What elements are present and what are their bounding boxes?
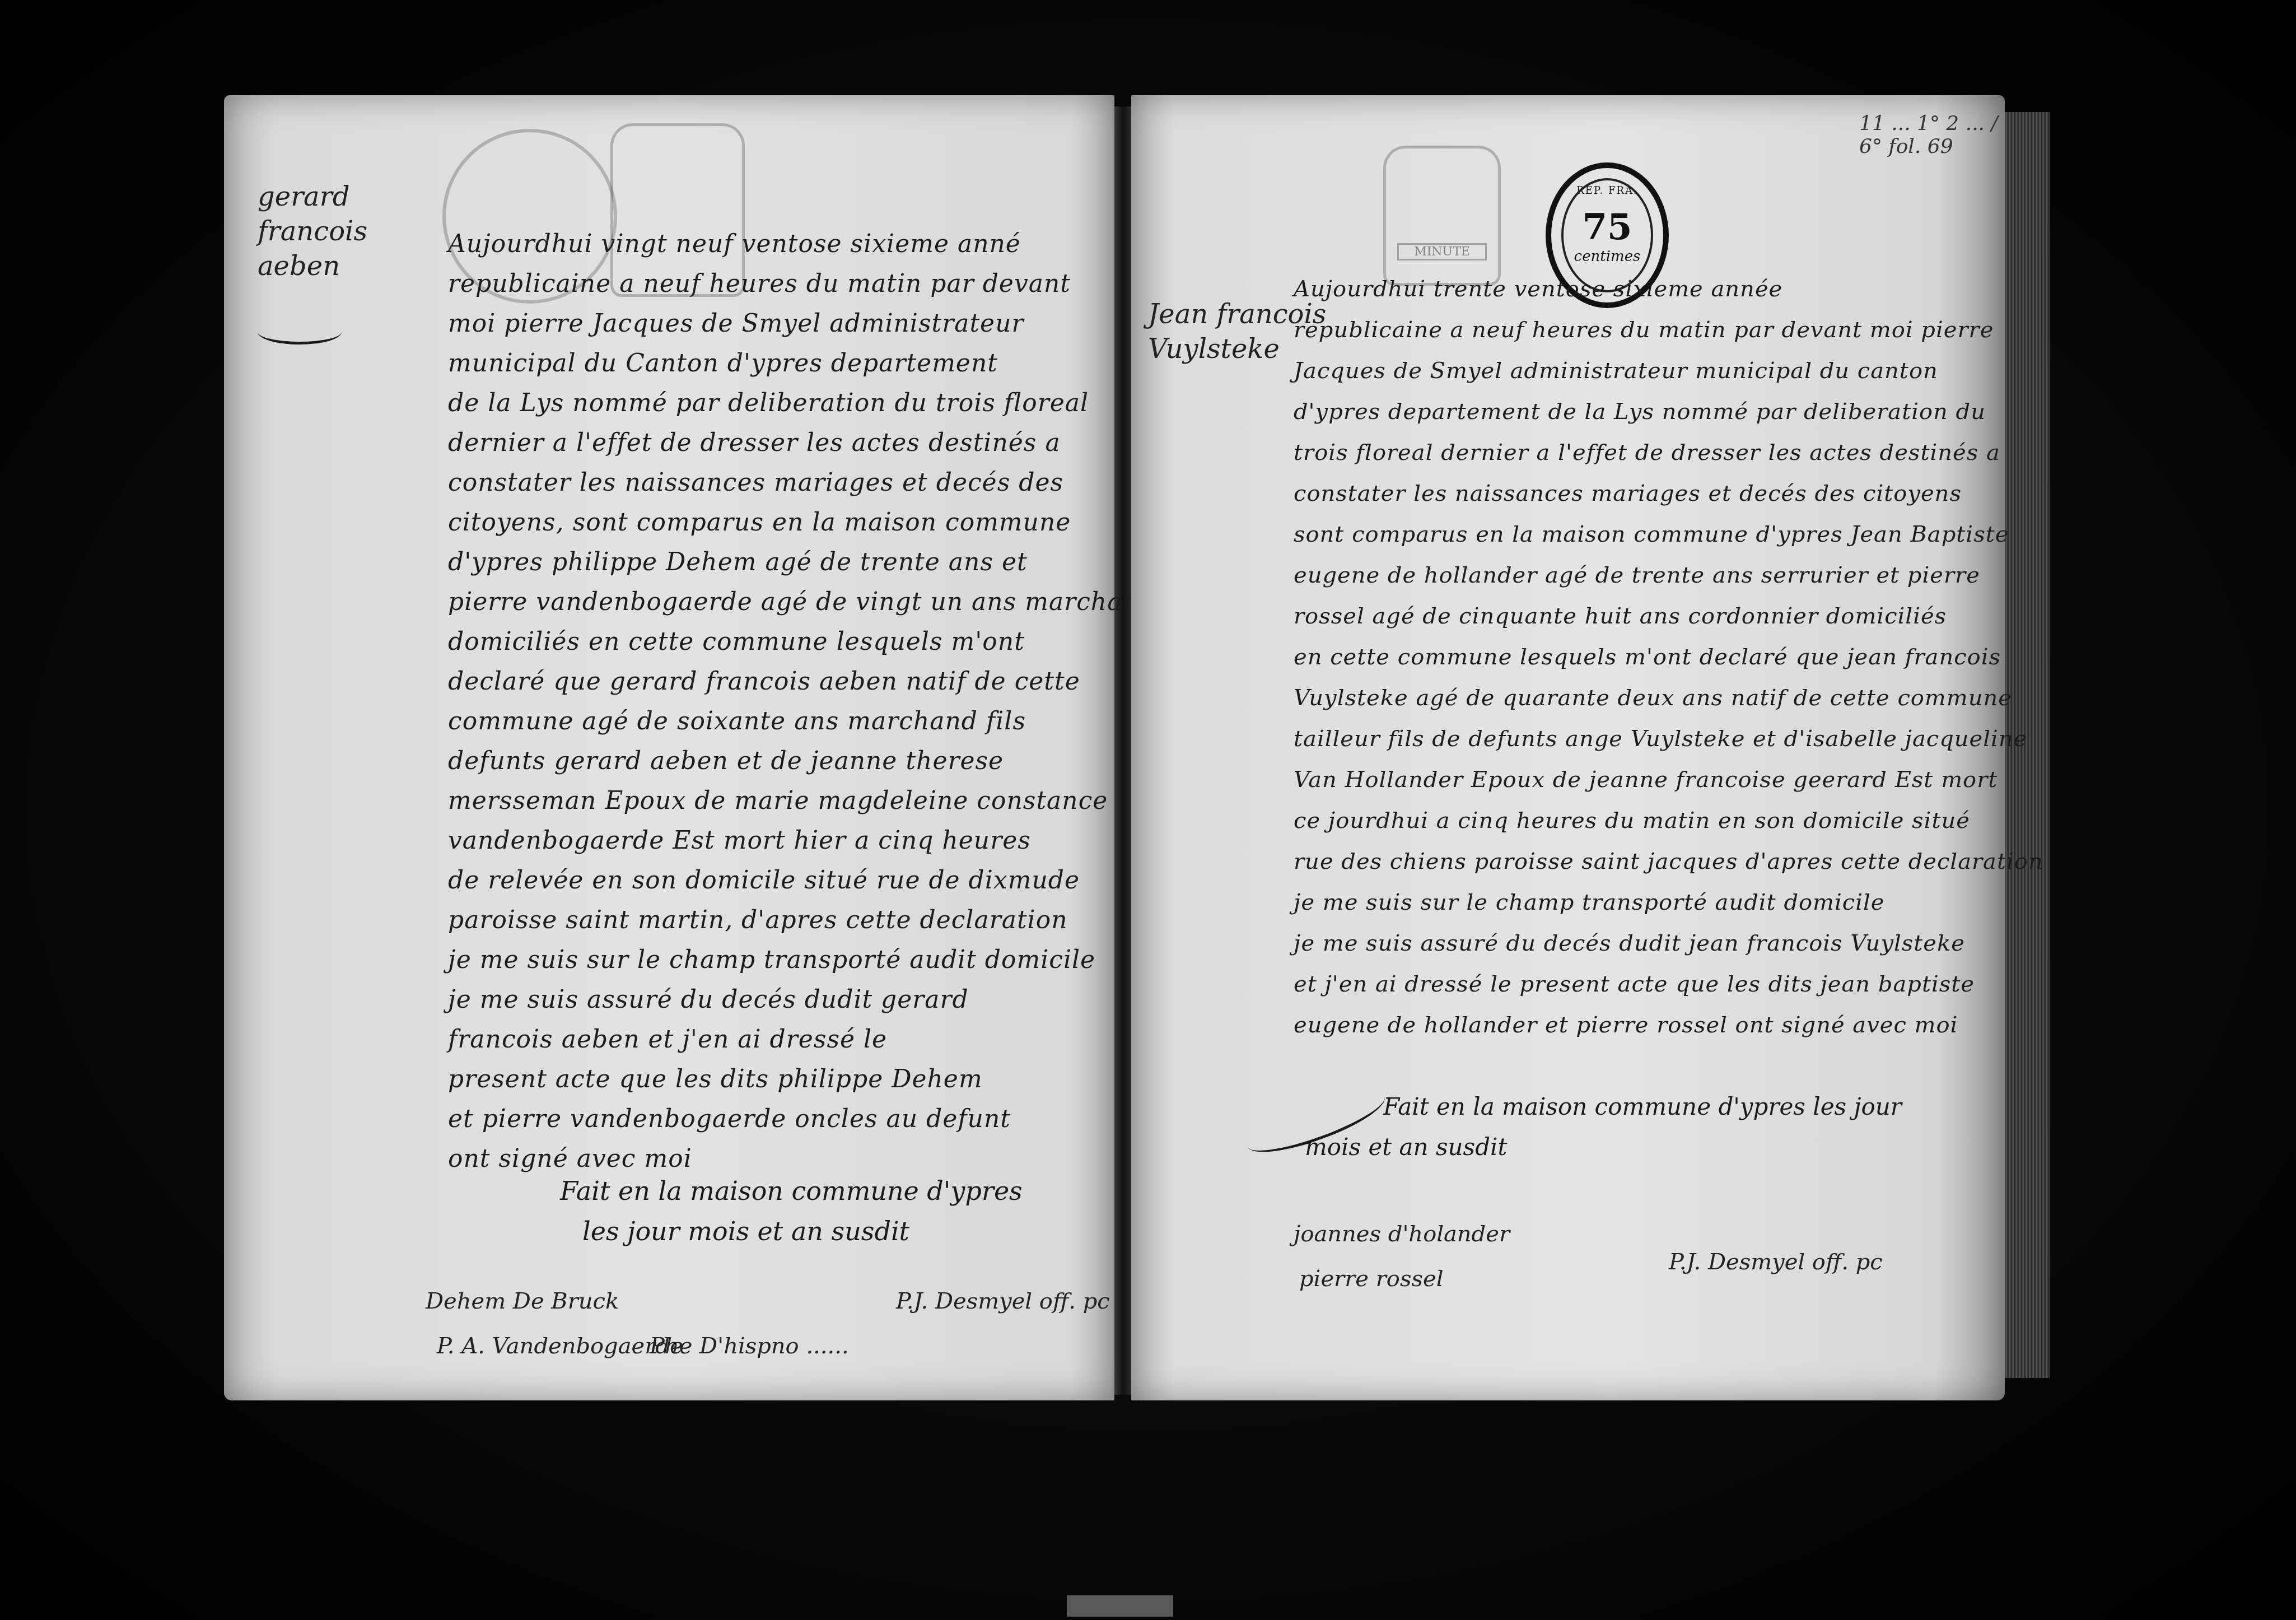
left-page-body: Aujourdhui vingt neuf ventose sixieme an… [448, 224, 1155, 1179]
margin-line: francois [258, 214, 367, 249]
text-line: Jacques de Smyel administrateur municipa… [1294, 351, 2043, 392]
text-line: republicaine a neuf heures du matin par … [1294, 310, 2043, 351]
text-line: je me suis assuré du decés dudit jean fr… [1294, 923, 2043, 964]
text-line: declaré que gerard francois aeben natif … [448, 662, 1155, 701]
text-line: defunts gerard aeben et de jeanne theres… [448, 741, 1155, 781]
text-line: et j'en ai dressé le present acte que le… [1294, 964, 2043, 1005]
text-line: d'ypres departement de la Lys nommé par … [1294, 392, 2043, 432]
left-closing-formula: Fait en la maison commune d'ypres les jo… [560, 1171, 1023, 1251]
text-line: republicaine a neuf heures du matin par … [448, 264, 1155, 304]
margin-line: gerard [258, 179, 367, 214]
text-line: municipal du Canton d'ypres departement [448, 343, 1155, 383]
text-line: citoyens, sont comparus en la maison com… [448, 502, 1155, 542]
margin-line: aeben [258, 249, 367, 283]
signature-de-hollander: joannes d'holander [1294, 1221, 1510, 1247]
text-line: present acte que les dits philippe Dehem [448, 1059, 1155, 1099]
left-margin-note: gerard francois aeben [258, 179, 367, 283]
text-line: constater les naissances mariages et dec… [1294, 473, 2043, 514]
text-line: domiciliés en cette commune lesquels m'o… [448, 622, 1155, 662]
stamp-header: REP. FRA. [1551, 185, 1663, 197]
text-line: trois floreal dernier a l'effet de dress… [1294, 432, 2043, 473]
text-line: Van Hollander Epoux de jeanne francoise … [1294, 760, 2043, 800]
signature-vandenbogaerde: P. A. Vandenbogaerde [437, 1333, 683, 1359]
text-line: eugene de hollander agé de trente ans se… [1294, 555, 2043, 596]
signature-witness: Phe D'hispno ...... [650, 1333, 849, 1359]
text-line: ce jourdhui a cinq heures du matin en so… [1294, 800, 2043, 841]
text-line: je me suis assuré du decés dudit gerard [448, 980, 1155, 1020]
text-line: vandenbogaerde Est mort hier a cinq heur… [448, 821, 1155, 860]
text-line: pierre vandenbogaerde agé de vingt un an… [448, 582, 1155, 622]
text-line: d'ypres philippe Dehem agé de trente ans… [448, 542, 1155, 582]
closing-line: Fait en la maison commune d'ypres [560, 1171, 1023, 1211]
register-book: gerard francois aeben Aujourdhui vingt n… [202, 95, 2078, 1400]
film-frame-tab [1067, 1595, 1173, 1617]
closing-line: mois et an susdit [1305, 1127, 1902, 1167]
text-line: sont comparus en la maison commune d'ypr… [1294, 514, 2043, 555]
crest-label: MINUTE [1397, 243, 1487, 260]
text-line: dernier a l'effet de dresser les actes d… [448, 423, 1155, 463]
margin-flourish [258, 319, 342, 345]
signature-officer: P.J. Desmyel off. pc [1669, 1249, 1883, 1275]
signature-dehem: Dehem De Bruck [426, 1288, 619, 1314]
text-line: Aujourdhui vingt neuf ventose sixieme an… [448, 224, 1155, 264]
text-line: de la Lys nommé par deliberation du troi… [448, 383, 1155, 423]
text-line: en cette commune lesquels m'ont declaré … [1294, 637, 2043, 678]
text-line: moi pierre Jacques de Smyel administrate… [448, 304, 1155, 343]
text-line: je me suis sur le champ transporté audit… [1294, 882, 2043, 923]
text-line: constater les naissances mariages et dec… [448, 463, 1155, 502]
folio-number: 11 ... 1° 2 ... / 6° fol. 69 [1859, 112, 2005, 158]
right-page-body: Aujourdhui trente ventose sixieme année … [1294, 269, 2043, 1046]
signature-officer: P.J. Desmyel off. pc [896, 1288, 1110, 1314]
closing-line: les jour mois et an susdit [560, 1211, 1023, 1251]
text-line: je me suis sur le champ transporté audit… [448, 940, 1155, 980]
text-line: tailleur fils de defunts ange Vuylsteke … [1294, 719, 2043, 760]
closing-line: Fait en la maison commune d'ypres les jo… [1383, 1087, 1902, 1127]
text-line: de relevée en son domicile situé rue de … [448, 860, 1155, 900]
text-line: mersseman Epoux de marie magdeleine cons… [448, 781, 1155, 821]
text-line: et pierre vandenbogaerde oncles au defun… [448, 1099, 1155, 1139]
text-line: eugene de hollander et pierre rossel ont… [1294, 1005, 2043, 1046]
text-line: rossel agé de cinquante huit ans cordonn… [1294, 596, 2043, 637]
text-line: rue des chiens paroisse saint jacques d'… [1294, 841, 2043, 882]
right-closing-formula: Fait en la maison commune d'ypres les jo… [1383, 1087, 1902, 1167]
text-line: Aujourdhui trente ventose sixieme année [1294, 269, 2043, 310]
text-line: Vuylsteke agé de quarante deux ans natif… [1294, 678, 2043, 719]
faint-crest-stamp: MINUTE [1383, 146, 1501, 286]
text-line: paroisse saint martin, d'apres cette dec… [448, 900, 1155, 940]
text-line: commune agé de soixante ans marchand fil… [448, 701, 1155, 741]
right-page: 11 ... 1° 2 ... / 6° fol. 69 MINUTE REP.… [1131, 95, 2005, 1400]
text-line: francois aeben et j'en ai dressé le [448, 1020, 1155, 1059]
left-page: gerard francois aeben Aujourdhui vingt n… [224, 95, 1114, 1400]
signature-rossel: pierre rossel [1299, 1266, 1443, 1292]
